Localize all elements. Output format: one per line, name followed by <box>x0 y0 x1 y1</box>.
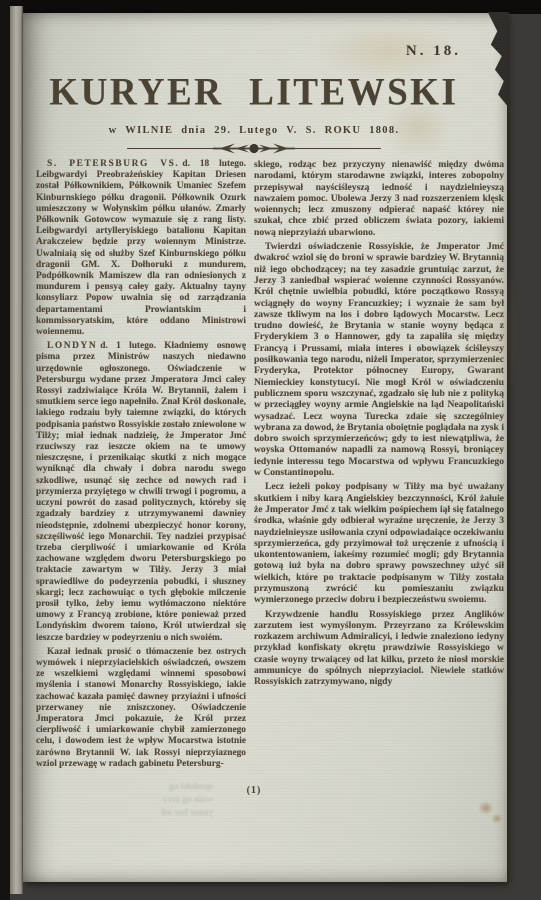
paragraph: Kazał iednak prosić o tłómaczenie bez os… <box>36 647 246 770</box>
column-left: S. PETERSBURG VS.d. 18 lutego. Leibgward… <box>36 159 246 819</box>
dateline: w WILNIE dnia 29. Lutego V. S. ROKU 1808… <box>23 125 485 136</box>
masthead-title: KURYER LITEWSKI <box>23 70 485 116</box>
newspaper-page: N. 18. KURYER LITEWSKI w WILNIE dnia 29.… <box>23 13 507 882</box>
column-right: skiego, rodząc bez przyczyny nienawiść m… <box>254 159 504 819</box>
bleedthrough-line: wuie og zrzy <box>53 794 213 807</box>
article-columns: S. PETERSBURG VS.d. 18 lutego. Leibgward… <box>36 159 504 819</box>
arrow-divider-ornament <box>123 141 385 155</box>
paragraph-lead: S. PETERSBURG VS. <box>47 159 179 169</box>
paragraph: Twierdzi oświadczenie Rossyiskie, że Jmp… <box>254 241 504 478</box>
binding-edge <box>0 0 10 900</box>
paragraph: Krzywdzenie handlu Rossyiskiego przez An… <box>254 609 504 688</box>
paragraph: skiego, rodząc bez przyczyny nienawiść m… <box>254 159 504 238</box>
paragraph-text: Kazał iednak prosić o tłómaczenie bez os… <box>36 647 246 769</box>
bleedthrough-line: spodukl og <box>53 781 213 794</box>
photo-top-band <box>0 0 541 14</box>
bleedthrough-line: yzuor ber od <box>53 807 213 820</box>
paragraph-text: skiego, rodząc bez przyczyny nienawiść m… <box>254 159 504 238</box>
paragraph: Lecz ieżeli pokoy podpisany w Tilży ma b… <box>254 481 504 605</box>
paragraph: LONDYNd. 1 lutego. Kładniemy osnowę pism… <box>36 341 246 643</box>
issue-number: N. 18. <box>406 43 461 60</box>
paragraph-text: d. 1 lutego. Kładniemy osnowę pisma prze… <box>36 341 246 642</box>
paragraph-text: Twierdzi oświadczenie Rossyiskie, że Jmp… <box>254 241 504 478</box>
paragraph-text: d. 18 lutego. Leibgwardyi Preobrażeńskie… <box>36 159 246 337</box>
page-stack-edge <box>10 6 23 894</box>
torn-corner <box>483 12 509 108</box>
paragraph-text: Lecz ieżeli pokoy podpisany w Tilży ma b… <box>254 481 504 605</box>
paragraph: S. PETERSBURG VS.d. 18 lutego. Leibgward… <box>36 159 246 338</box>
paragraph-text: Krzywdzenie handlu Rossyiskiego przez An… <box>254 609 504 688</box>
bleedthrough-text: spodukl og wuie og zrzy yzuor ber od <box>53 781 213 820</box>
paragraph-lead: LONDYN <box>47 341 97 351</box>
